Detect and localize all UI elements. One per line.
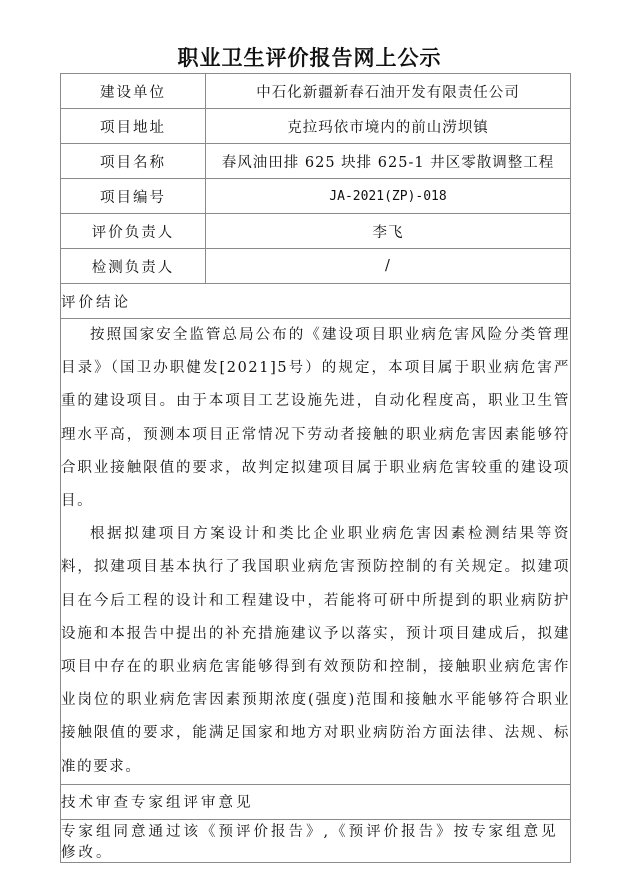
value-testing-lead: / [206,249,571,284]
conclusion-body: 按照国家安全监管总局公布的《建设项目职业病危害风险分类管理目录》（国卫办职健发[… [61,319,571,785]
label-construction-unit: 建设单位 [61,74,206,109]
value-project-address: 克拉玛依市境内的前山涝坝镇 [206,109,571,144]
conclusion-heading: 评价结论 [61,284,571,319]
label-testing-lead: 检测负责人 [61,249,206,284]
table-row-conclusion-heading: 评价结论 [61,284,571,319]
review-heading: 技术审查专家组评审意见 [61,784,571,819]
value-evaluation-lead: 李飞 [206,214,571,249]
table-row-evaluation-lead: 评价负责人 李飞 [61,214,571,249]
table-row-project-number: 项目编号 JA-2021(ZP)-018 [61,179,571,214]
label-evaluation-lead: 评价负责人 [61,214,206,249]
disclosure-table: 建设单位 中石化新疆新春石油开发有限责任公司 项目地址 克拉玛依市境内的前山涝坝… [60,73,571,863]
conclusion-paragraph: 按照国家安全监管总局公布的《建设项目职业病危害风险分类管理目录》（国卫办职健发[… [61,319,570,518]
review-opinion: 专家组同意通过该《预评价报告》,《预评价报告》按专家组意见修改。 [61,819,571,862]
table-row-review-heading: 技术审查专家组评审意见 [61,784,571,819]
table-row-project-name: 项目名称 春风油田排 625 块排 625-1 井区零散调整工程 [61,144,571,179]
table-row-conclusion-body: 按照国家安全监管总局公布的《建设项目职业病危害风险分类管理目录》（国卫办职健发[… [61,319,571,785]
value-project-name: 春风油田排 625 块排 625-1 井区零散调整工程 [206,144,571,179]
value-construction-unit: 中石化新疆新春石油开发有限责任公司 [206,74,571,109]
table-row-construction-unit: 建设单位 中石化新疆新春石油开发有限责任公司 [61,74,571,109]
label-project-address: 项目地址 [61,109,206,144]
page-title: 职业卫生评价报告网上公示 [0,44,619,72]
value-project-number: JA-2021(ZP)-018 [206,179,571,214]
table-row-review-opinion: 专家组同意通过该《预评价报告》,《预评价报告》按专家组意见修改。 [61,819,571,862]
label-project-number: 项目编号 [61,179,206,214]
conclusion-paragraph: 根据拟建项目方案设计和类比企业职业病危害因素检测结果等资料，拟建项目基本执行了我… [61,518,570,784]
table-row-project-address: 项目地址 克拉玛依市境内的前山涝坝镇 [61,109,571,144]
label-project-name: 项目名称 [61,144,206,179]
table-row-testing-lead: 检测负责人 / [61,249,571,284]
